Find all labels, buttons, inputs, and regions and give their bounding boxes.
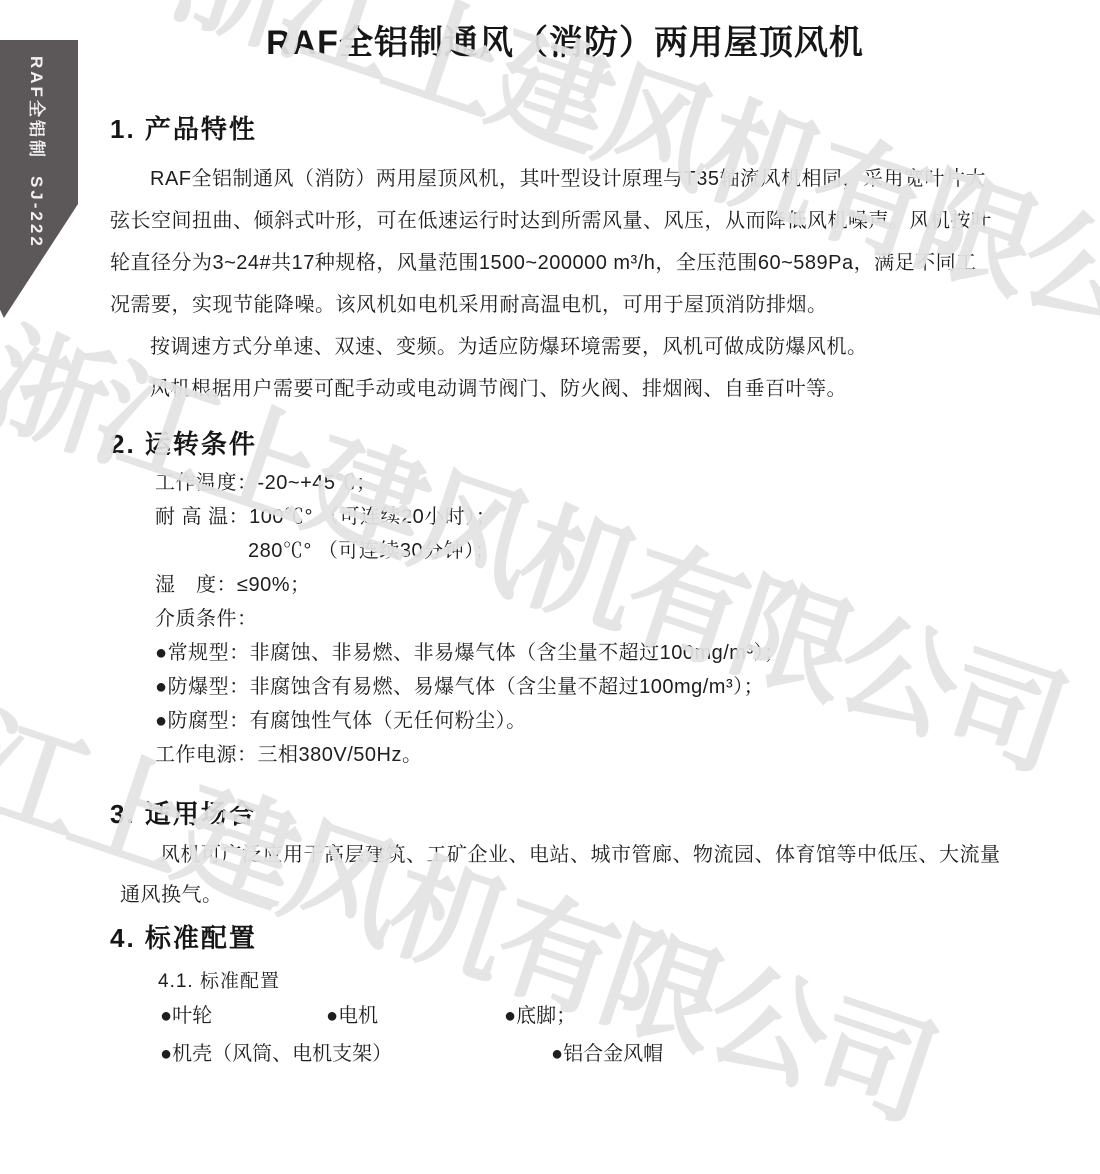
condition-line: ●常规型：非腐蚀、非易燃、非易爆气体（含尘量不超过100mg/m³）；: [155, 636, 1005, 670]
config-item: ●底脚；: [504, 1005, 576, 1027]
section-1-paragraph-1: RAF全铝制通风（消防）两用屋顶风机，其叶型设计原理与T35轴流风机相同，采用宽…: [110, 158, 1005, 326]
paragraph-line: 轮直径分为3~24#共17种规格，风量范围1500~200000 m³/h，全压…: [110, 242, 1005, 284]
standard-config-row: ●机壳（风筒、电机支架）●铝合金风帽: [160, 1037, 1005, 1071]
operating-conditions-list: 工作温度：-20~+45℃； 耐 高 温：100℃° （可连续20小时）； 28…: [110, 466, 1005, 772]
condition-line: ●防腐型：有腐蚀性气体（无任何粉尘）。: [155, 704, 1005, 738]
section-3-heading: 3. 适用场合: [110, 798, 1005, 831]
condition-line: 湿 度：≤90%；: [155, 568, 1005, 602]
condition-line: ●防爆型：非腐蚀含有易燃、易爆气体（含尘量不超过100mg/m³）；: [155, 670, 1005, 704]
paragraph-line: 况需要，实现节能降噪。该风机如电机采用耐高温电机，可用于屋顶消防排烟。: [110, 284, 1005, 326]
content: RAF全铝制通风（消防）两用屋顶风机 1. 产品特性 RAF全铝制通风（消防）两…: [0, 0, 1100, 1071]
paragraph-line: RAF全铝制通风（消防）两用屋顶风机，其叶型设计原理与T35轴流风机相同，采用宽…: [110, 158, 1005, 200]
section-2-heading: 2. 运转条件: [110, 428, 1005, 461]
config-item: ●机壳（风筒、电机支架）: [160, 1037, 551, 1071]
condition-line: 工作电源：三相380V/50Hz。: [155, 738, 1005, 772]
document-page: RAF全铝制SJ-222 RAF全铝制通风（消防）两用屋顶风机 1. 产品特性 …: [0, 0, 1100, 1174]
config-item: ●叶轮: [160, 999, 326, 1033]
condition-line: 介质条件：: [155, 602, 1005, 636]
standard-config-row: ●叶轮●电机●底脚；: [160, 999, 1005, 1033]
paragraph-line: 风机可广泛应用于高层建筑、工矿企业、电站、城市管廊、物流园、体育馆等中低压、大流…: [120, 835, 1005, 875]
paragraph-line: 通风换气。: [120, 875, 1005, 915]
section-4-subheading: 4.1. 标准配置: [158, 969, 1005, 995]
config-item: ●铝合金风帽: [551, 1043, 663, 1065]
section-3-paragraph: 风机可广泛应用于高层建筑、工矿企业、电站、城市管廊、物流园、体育馆等中低压、大流…: [120, 835, 1005, 915]
section-1-heading: 1. 产品特性: [110, 113, 1005, 146]
config-item: ●电机: [326, 999, 504, 1033]
condition-line: 280℃° （可连续30分钟）；: [155, 534, 1005, 568]
page-title: RAF全铝制通风（消防）两用屋顶风机: [0, 0, 1100, 64]
condition-line: 工作温度：-20~+45℃；: [155, 466, 1005, 500]
paragraph-line: 弦长空间扭曲、倾斜式叶形，可在低速运行时达到所需风量、风压，从而降低风机噪声。风…: [110, 200, 1005, 242]
section-1-paragraph-3: 风机根据用户需要可配手动或电动调节阀门、防火阀、排烟阀、自垂百叶等。: [110, 368, 1005, 410]
section-4-heading: 4. 标准配置: [110, 922, 1005, 955]
section-1-paragraph-2: 按调速方式分单速、双速、变频。为适应防爆环境需要，风机可做成防爆风机。: [110, 326, 1005, 368]
body: 1. 产品特性 RAF全铝制通风（消防）两用屋顶风机，其叶型设计原理与T35轴流…: [110, 113, 1005, 1071]
condition-line: 耐 高 温：100℃° （可连续20小时）；: [155, 500, 1005, 534]
